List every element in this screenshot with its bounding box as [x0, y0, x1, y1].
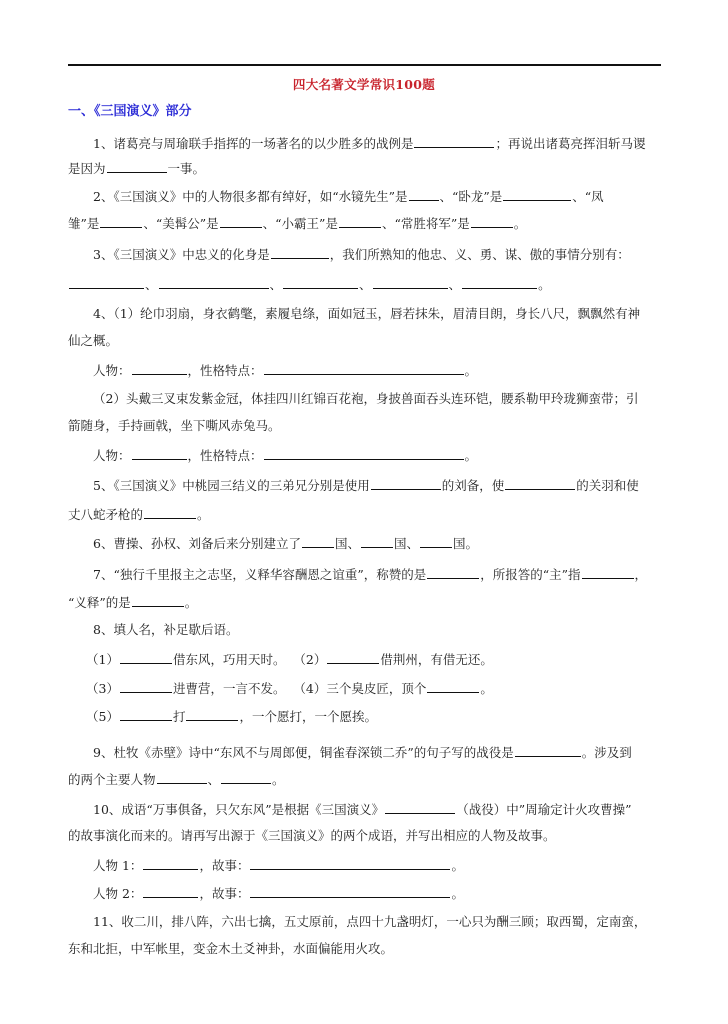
answer-blank[interactable]: [283, 276, 358, 289]
person-blank[interactable]: [132, 447, 187, 460]
question-4-part-1-line-2: 仙之概。: [68, 333, 661, 349]
question-8-prompt: 8、填人名，补足歇后语。: [68, 622, 661, 638]
answer-blank[interactable]: [373, 276, 448, 289]
question-10-line-2: 的故事演化而来的。请再写出源于《三国演义》的两个成语，并写出相应的人物及故事。: [68, 828, 661, 844]
question-8-row-3: （5）打，一个愿打，一个愿挨。: [68, 708, 661, 725]
question-11-line-2: 东和北拒，中军帐里，变金木土爻神卦，水面偏能用火攻。: [68, 941, 661, 957]
answer-blank[interactable]: [420, 535, 452, 548]
answer-blank[interactable]: [414, 135, 494, 148]
question-8-row-2: （3）进曹营，一言不发。 （4）三个臭皮匠，顶个。: [68, 680, 661, 697]
header-rule: [68, 64, 661, 66]
document-title: 四大名著文学常识100题: [0, 75, 728, 93]
answer-blank[interactable]: [107, 160, 167, 173]
answer-blank[interactable]: [361, 535, 393, 548]
answer-blank[interactable]: [339, 215, 381, 228]
question-3-line-1: 3、《三国演义》中忠义的化身是，我们所熟知的他忠、义、勇、谋、傲的事情分别有：: [68, 246, 661, 263]
answer-blank[interactable]: [69, 276, 144, 289]
question-1-line-2: 是因为一事。: [68, 160, 661, 177]
answer-blank[interactable]: [503, 188, 571, 201]
story-blank[interactable]: [250, 857, 450, 870]
answer-blank[interactable]: [505, 477, 575, 490]
answer-blank[interactable]: [427, 566, 479, 579]
answer-blank[interactable]: [302, 535, 334, 548]
question-2-line-2: 雏”是、“美髯公”是、“小霸王”是、“常胜将军”是。: [68, 215, 661, 232]
question-4-part-2-line-2: 箭随身，手持画戟，坐下嘶风赤兔马。: [68, 418, 661, 434]
answer-blank[interactable]: [159, 276, 269, 289]
story-blank[interactable]: [250, 885, 450, 898]
person-blank[interactable]: [143, 885, 198, 898]
answer-blank[interactable]: [371, 477, 441, 490]
question-7-line-2: “义释”的是。: [68, 594, 661, 611]
answer-blank[interactable]: [327, 651, 379, 664]
answer-blank[interactable]: [271, 246, 329, 259]
answer-blank[interactable]: [132, 594, 184, 607]
question-1-line-1: 1、诸葛亮与周瑜联手指挥的一场著名的以少胜多的战例是；再说出诸葛亮挥泪斩马谡: [68, 135, 661, 152]
question-2-line-1: 2、《三国演义》中的人物很多都有绰好，如“水镜先生”是、“卧龙”是、“凤: [68, 188, 661, 205]
answer-blank[interactable]: [120, 708, 172, 721]
answer-blank[interactable]: [221, 771, 271, 784]
answer-blank[interactable]: [385, 801, 455, 814]
question-4-part-2-answer: 人物：，性格特点：。: [68, 447, 661, 464]
answer-blank[interactable]: [157, 771, 207, 784]
question-10-answer-1: 人物 1：，故事：。: [68, 857, 661, 874]
question-9-line-2: 的两个主要人物、。: [68, 771, 661, 788]
person-blank[interactable]: [132, 362, 187, 375]
question-3-line-2: 、、、、。: [68, 276, 661, 293]
question-10-answer-2: 人物 2：，故事：。: [68, 885, 661, 902]
question-10-line-1: 10、成语“万事俱备，只欠东风”是根据《三国演义》（战役）中”周瑜定计火攻曹操”: [68, 801, 661, 818]
answer-blank[interactable]: [427, 680, 479, 693]
question-4-part-1-line-1: 4、（1）纶巾羽扇，身衣鹤氅，素履皂绦，面如冠玉，唇若抹朱，眉清目朗，身长八尺，…: [68, 306, 661, 322]
section-heading: 一、《三国演义》部分: [68, 100, 192, 119]
answer-blank[interactable]: [144, 506, 196, 519]
trait-blank[interactable]: [264, 362, 464, 375]
question-6: 6、曹操、孙权、刘备后来分别建立了国、国、国。: [68, 535, 661, 552]
question-4-part-2-line-1: （2）头戴三叉束发紫金冠，体挂四川红锦百花袍，身披兽面吞头连环铠，腰系勒甲玲珑狮…: [68, 391, 661, 407]
trait-blank[interactable]: [264, 447, 464, 460]
person-blank[interactable]: [143, 857, 198, 870]
answer-blank[interactable]: [100, 215, 142, 228]
answer-blank[interactable]: [515, 744, 581, 757]
answer-blank[interactable]: [120, 680, 172, 693]
answer-blank[interactable]: [220, 215, 262, 228]
answer-blank[interactable]: [462, 276, 537, 289]
question-5-line-2: 丈八蛇矛枪的。: [68, 506, 661, 523]
question-11-line-1: 11、收二川，排八阵，六出七擒，五丈原前，点四十九盏明灯，一心只为酬三顾；取西蜀…: [68, 914, 661, 930]
answer-blank[interactable]: [120, 651, 172, 664]
question-9-line-1: 9、杜牧《赤壁》诗中“东风不与周郎便，铜雀春深锁二乔”的句子写的战役是。涉及到: [68, 744, 661, 761]
question-5-line-1: 5、《三国演义》中桃园三结义的三弟兄分别是使用的刘备，使的关羽和使: [68, 477, 661, 494]
answer-blank[interactable]: [409, 188, 439, 201]
question-8-row-1: （1）借东风，巧用天时。 （2）借荆州，有借无还。: [68, 651, 661, 668]
answer-blank[interactable]: [582, 566, 634, 579]
question-4-part-1-answer: 人物：，性格特点：。: [68, 362, 661, 379]
answer-blank[interactable]: [186, 708, 238, 721]
question-7-line-1: 7、“独行千里报主之志坚，义释华容酬恩之谊重”，称赞的是，所报答的“主”指，: [68, 566, 661, 583]
answer-blank[interactable]: [471, 215, 513, 228]
